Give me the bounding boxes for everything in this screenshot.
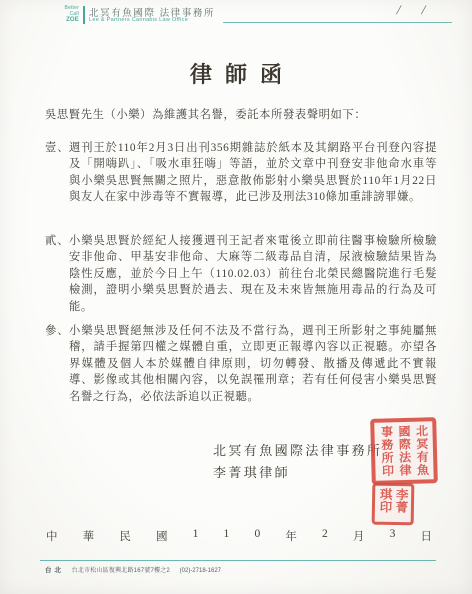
logo-line-3: ZOE (59, 17, 79, 23)
paragraph-2: 貳、 小樂吳思賢於經紀人接獲週刊王記者來電後立即前往醫事檢驗所檢驗安非他命、甲基… (45, 233, 437, 315)
signature-lawyer: 李菁琪律師 (213, 462, 382, 484)
lawyer-red-seal: 李菁琪印 (372, 483, 415, 526)
date-char: 年 (285, 528, 297, 544)
date-line: 中 華 民 國 1 1 0 年 2 月 3 日 (46, 528, 432, 544)
header-rule (223, 22, 452, 23)
firm-logo: Better Call ZOE (59, 5, 79, 23)
date-char: 3 (390, 528, 396, 544)
footer-rule (40, 560, 436, 561)
footer-address: 台北市松山區復興北路167號7樓之2 (72, 568, 170, 574)
letter-page: Better Call ZOE 北冥有魚國際 法律事務所 Lee & Partn… (0, 0, 472, 594)
date-char: 中 (46, 528, 58, 544)
firm-red-seal: 北冥有魚國際法律事務所印 (370, 417, 438, 485)
date-char: 華 (83, 528, 95, 544)
letter-title: 律師函 (0, 58, 472, 89)
logo-divider (83, 6, 85, 24)
paragraph-1-label: 壹、 (45, 140, 70, 156)
date-char: 1 (224, 528, 230, 544)
footer-phone: (02)-2718-1627 (180, 568, 221, 574)
paragraph-2-label: 貳、 (45, 233, 70, 249)
date-char: 月 (353, 528, 365, 544)
footer: 台北 台北市松山區復興北路167號7樓之2 (02)-2718-1627 (45, 565, 221, 574)
paragraph-1-text: 週刊王於110年2月3日出刊356期雜誌於紙本及其網路平台刊登內容提及「開嗨趴」… (69, 140, 437, 206)
date-char: 國 (156, 528, 168, 544)
signature-firm: 北冥有魚國際法律事務所 (213, 440, 382, 462)
date-char: 2 (322, 528, 328, 544)
signature-block: 北冥有魚國際法律事務所 李菁琪律師 (213, 440, 382, 484)
date-char: 日 (420, 528, 432, 544)
paragraph-2-text: 小樂吳思賢於經紀人接獲週刊王記者來電後立即前往醫事檢驗所檢驗安非他命、甲基安非他… (69, 233, 437, 315)
paragraph-3-text: 小樂吳思賢絕無涉及任何不法及不當行為，週刊王所影射之事純屬無稽，請手握第四權之媒… (69, 323, 437, 405)
paragraph-1: 壹、 週刊王於110年2月3日出刊356期雜誌於紙本及其網路平台刊登內容提及「開… (45, 140, 437, 206)
paragraph-3-label: 參、 (45, 323, 70, 339)
handwritten-marks: / / (395, 2, 438, 18)
footer-city: 台北 (45, 567, 64, 574)
date-char: 民 (119, 528, 131, 544)
date-char: 0 (254, 528, 260, 544)
date-char: 1 (193, 528, 199, 544)
intro-line: 吳思賢先生（小樂）為維護其名譽，委託本所發表聲明如下： (45, 107, 437, 123)
paragraph-3: 參、 小樂吳思賢絕無涉及任何不法及不當行為，週刊王所影射之事純屬無稽，請手握第四… (45, 323, 437, 405)
firm-name-english: Lee & Partners Cannabis Law Office (89, 17, 188, 23)
